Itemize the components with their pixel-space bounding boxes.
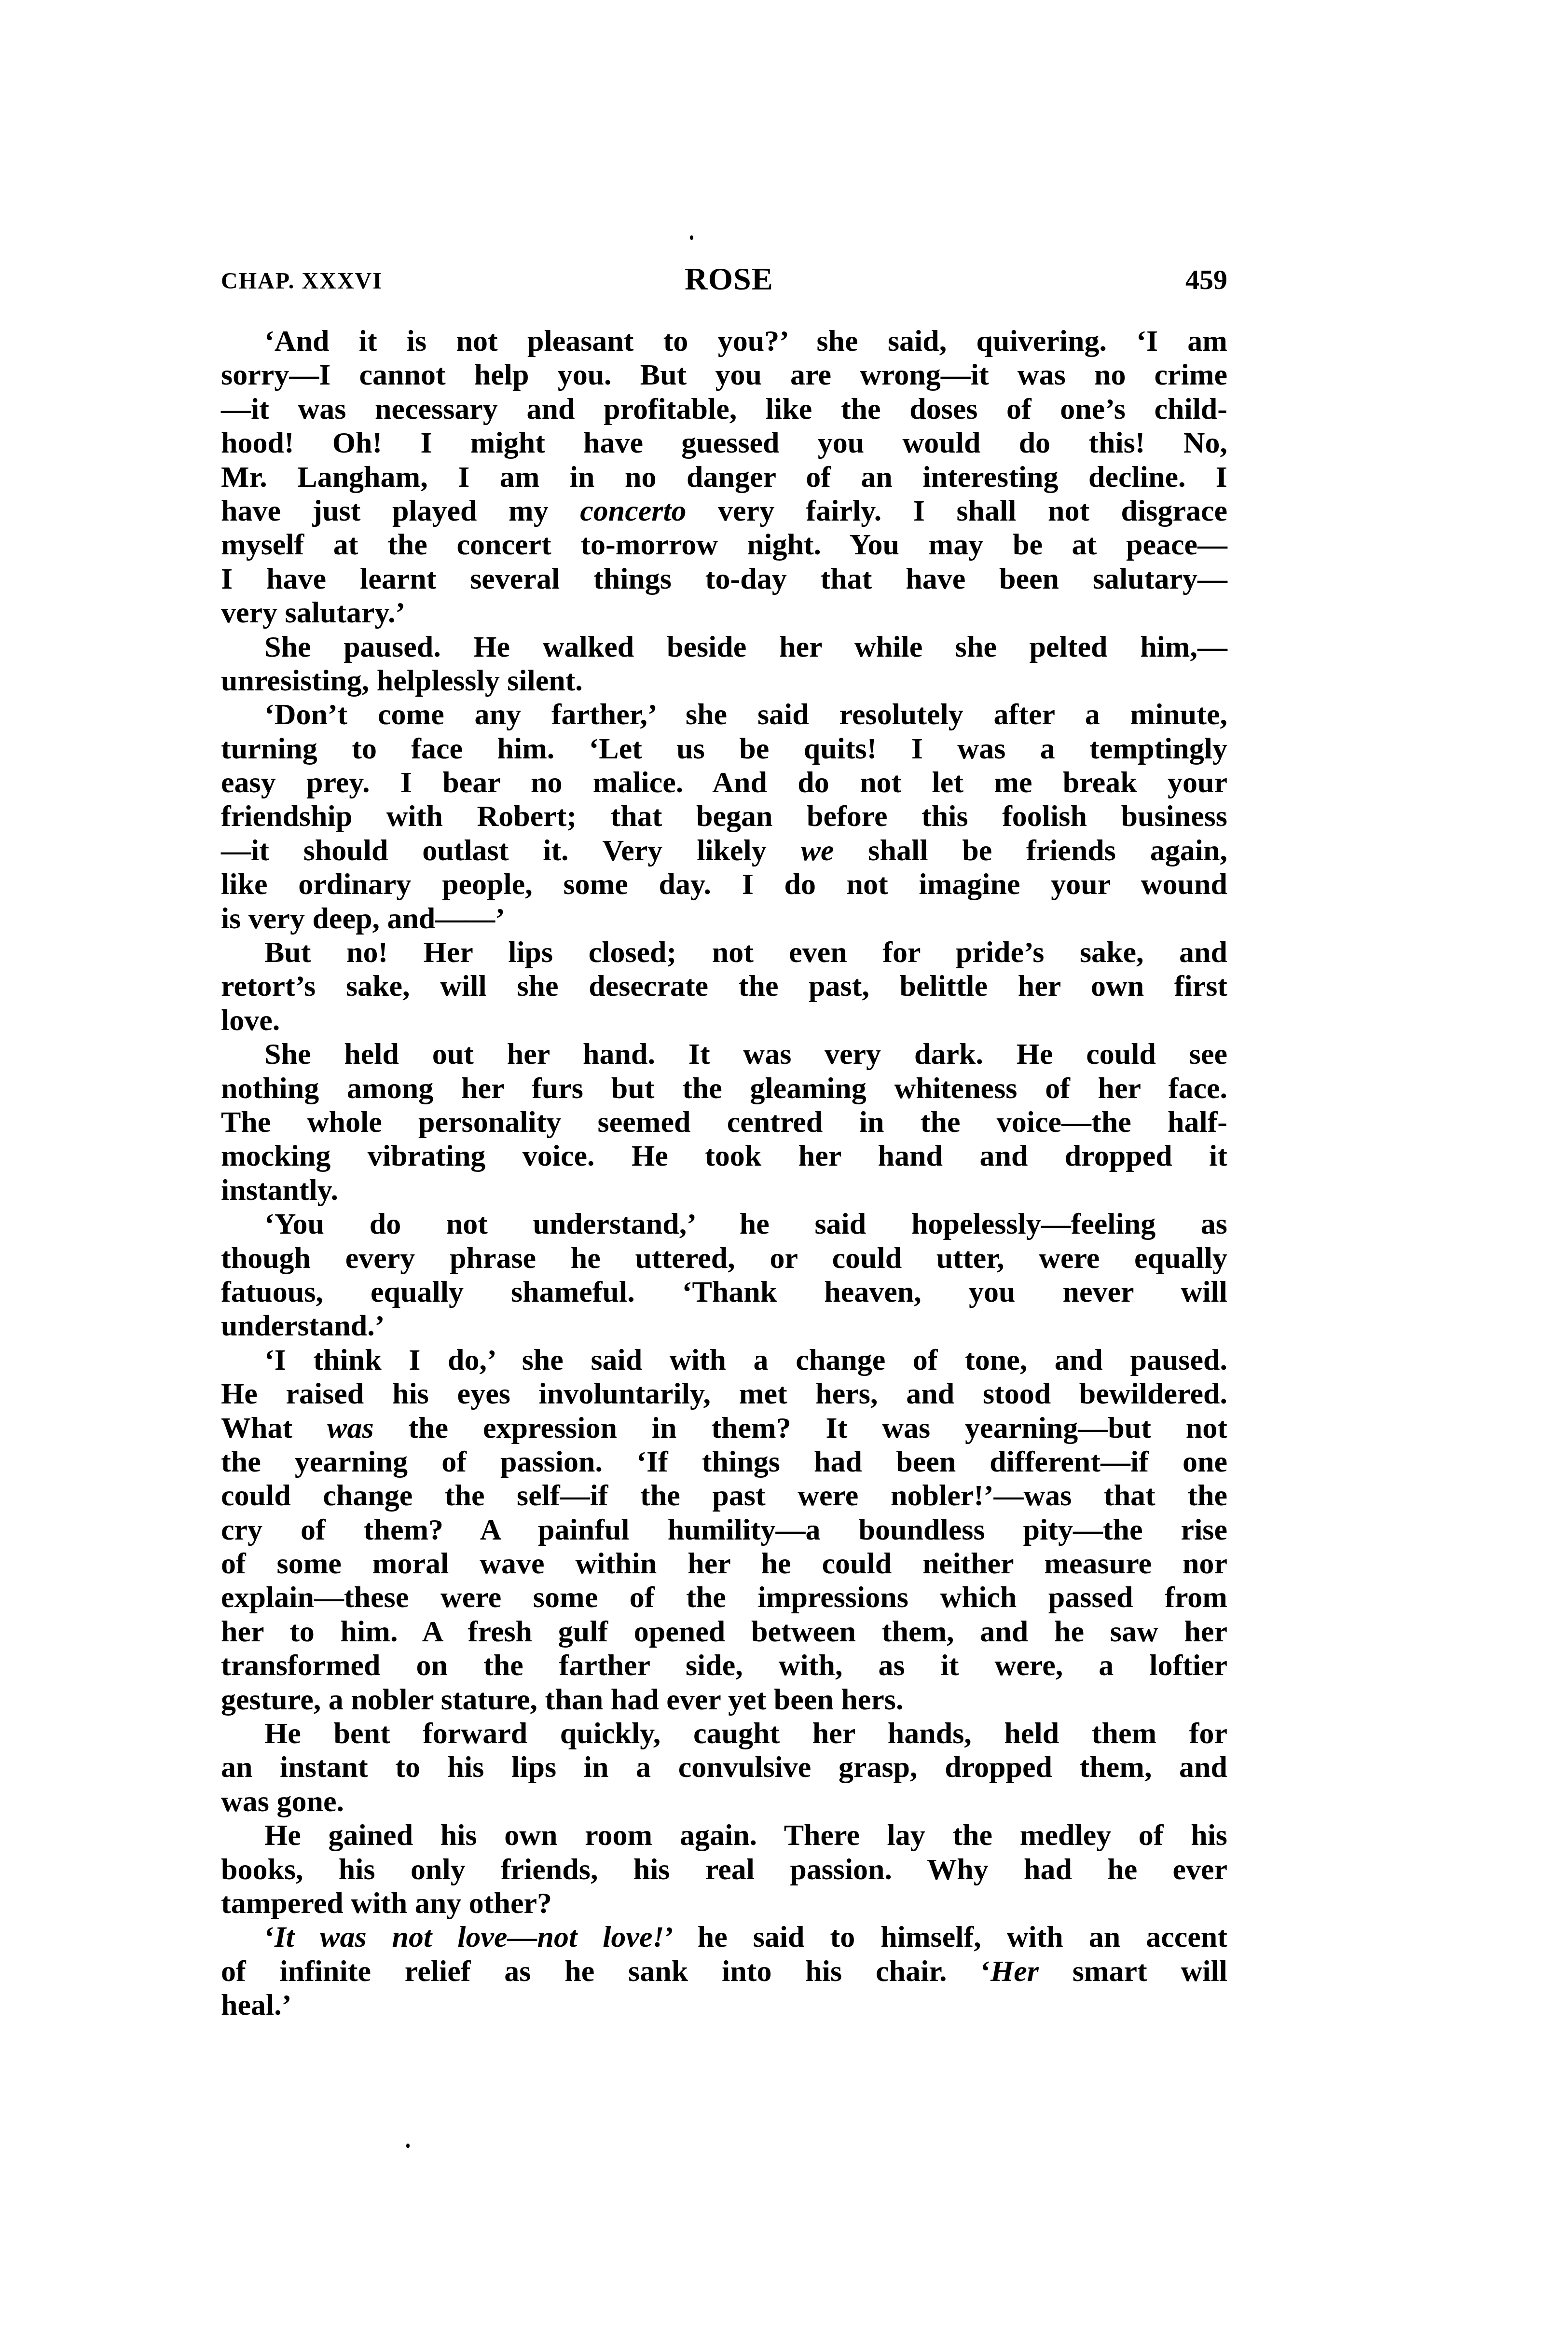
text-line: like ordinary people, some day. I do not…: [221, 867, 1227, 901]
text-segment: ’ he said to himself, with an accent: [664, 1921, 1227, 1953]
text-segment: was gone.: [221, 1785, 344, 1818]
text-segment: instantly.: [221, 1174, 338, 1207]
text-segment: cry of them? A painful humility—a boundl…: [221, 1513, 1227, 1546]
text-segment: She held out her hand. It was very dark.…: [264, 1038, 1227, 1071]
italic-text: concerto: [580, 495, 686, 527]
text-line: transformed on the farther side, with, a…: [221, 1649, 1227, 1682]
text-line: nothing among her furs but the gleaming …: [221, 1072, 1227, 1105]
text-segment: heal.’: [221, 1989, 291, 2022]
text-line: explain—these were some of the impressio…: [221, 1581, 1227, 1614]
text-line: have just played my concerto very fairly…: [221, 494, 1227, 528]
text-segment: She paused. He walked beside her while s…: [264, 631, 1227, 663]
text-line: books, his only friends, his real passio…: [221, 1853, 1227, 1886]
text-line: But no! Her lips closed; not even for pr…: [221, 935, 1227, 969]
text-line: I have learnt several things to-day that…: [221, 562, 1227, 596]
text-line: ‘I think I do,’ she said with a change o…: [221, 1343, 1227, 1377]
text-segment: ‘Don’t come any farther,’ she said resol…: [264, 698, 1227, 731]
text-line: her to him. A fresh gulf opened between …: [221, 1615, 1227, 1649]
text-segment: an instant to his lips in a convulsive g…: [221, 1751, 1227, 1784]
text-line: What was the expression in them? It was …: [221, 1411, 1227, 1445]
text-line: was gone.: [221, 1785, 1227, 1818]
text-segment: What: [221, 1412, 327, 1444]
text-line: very salutary.’: [221, 596, 1227, 630]
text-segment: He gained his own room again. There lay …: [264, 1819, 1227, 1852]
text-segment: very fairly. I shall not disgrace: [687, 495, 1227, 527]
text-segment: Mr. Langham, I am in no danger of an int…: [221, 461, 1227, 494]
text-line: of some moral wave within her he could n…: [221, 1547, 1227, 1581]
text-line: easy prey. I bear no malice. And do not …: [221, 766, 1227, 799]
running-title: ROSE: [685, 264, 773, 294]
text-segment: the expression in them? It was yearning—…: [374, 1412, 1227, 1444]
text-segment: books, his only friends, his real passio…: [221, 1853, 1227, 1886]
text-segment: The whole personality seemed centred in …: [221, 1106, 1227, 1139]
text-line: understand.’: [221, 1309, 1227, 1343]
print-speck-bottom: [406, 2144, 410, 2148]
text-line: is very deep, and——’: [221, 902, 1227, 935]
text-segment: very salutary.’: [221, 596, 405, 629]
text-segment: He bent forward quickly, caught her hand…: [264, 1717, 1227, 1750]
text-segment: easy prey. I bear no malice. And do not …: [221, 766, 1227, 799]
text-line: ‘It was not love—not love!’ he said to h…: [221, 1920, 1227, 1954]
text-segment: ‘I think I do,’ she said with a change o…: [264, 1344, 1227, 1376]
book-page: CHAP. XXXVI ROSE 459 ‘And it is not plea…: [0, 0, 1568, 2352]
text-segment: of some moral wave within her he could n…: [221, 1547, 1227, 1580]
text-segment: nothing among her furs but the gleaming …: [221, 1072, 1227, 1105]
text-segment: sorry—I cannot help you. But you are wro…: [221, 358, 1227, 391]
text-line: retort’s sake, will she desecrate the pa…: [221, 969, 1227, 1003]
text-line: fatuous, equally shameful. ‘Thank heaven…: [221, 1275, 1227, 1309]
text-line: tampered with any other?: [221, 1886, 1227, 1920]
text-line: He gained his own room again. There lay …: [221, 1818, 1227, 1852]
text-line: ‘And it is not pleasant to you?’ she sai…: [221, 324, 1227, 358]
text-segment: the yearning of passion. ‘If things had …: [221, 1445, 1227, 1478]
text-line: an instant to his lips in a convulsive g…: [221, 1750, 1227, 1784]
text-segment: have just played my: [221, 495, 580, 527]
text-line: of infinite relief as he sank into his c…: [221, 1954, 1227, 1988]
text-line: ‘You do not understand,’ he said hopeles…: [221, 1207, 1227, 1241]
text-line: the yearning of passion. ‘If things had …: [221, 1445, 1227, 1479]
text-segment: ‘And it is not pleasant to you?’ she sai…: [264, 325, 1227, 358]
text-line: Mr. Langham, I am in no danger of an int…: [221, 460, 1227, 494]
text-line: love.: [221, 1004, 1227, 1037]
text-segment: her to him. A fresh gulf opened between …: [221, 1615, 1227, 1648]
text-segment: ‘: [264, 1921, 275, 1953]
print-speck-top: [690, 235, 693, 240]
text-segment: He raised his eyes involuntarily, met he…: [221, 1377, 1227, 1410]
text-segment: though every phrase he uttered, or could…: [221, 1242, 1227, 1275]
text-line: turning to face him. ‘Let us be quits! I…: [221, 732, 1227, 766]
text-segment: fatuous, equally shameful. ‘Thank heaven…: [221, 1276, 1227, 1308]
text-segment: shall be friends again,: [834, 834, 1227, 867]
text-segment: mocking vibrating voice. He took her han…: [221, 1140, 1227, 1172]
text-segment: hood! Oh! I might have guessed you would…: [221, 426, 1227, 459]
text-line: unresisting, helplessly silent.: [221, 664, 1227, 698]
italic-text: we: [801, 834, 834, 867]
text-line: gesture, a nobler stature, than had ever…: [221, 1683, 1227, 1717]
italic-text: It was not love—not love!: [275, 1921, 664, 1953]
text-line: She held out her hand. It was very dark.…: [221, 1037, 1227, 1071]
text-line: hood! Oh! I might have guessed you would…: [221, 426, 1227, 460]
text-segment: myself at the concert to-morrow night. Y…: [221, 528, 1227, 561]
text-segment: friendship with Robert; that began befor…: [221, 800, 1227, 833]
italic-text: was: [327, 1412, 373, 1444]
text-segment: smart will: [1039, 1955, 1227, 1988]
text-segment: —it should outlast it. Very likely: [221, 834, 801, 867]
page-number: 459: [1185, 266, 1227, 293]
text-segment: But no! Her lips closed; not even for pr…: [264, 936, 1227, 969]
text-segment: unresisting, helplessly silent.: [221, 664, 583, 697]
text-line: instantly.: [221, 1173, 1227, 1207]
text-segment: gesture, a nobler stature, than had ever…: [221, 1683, 903, 1716]
text-line: He bent forward quickly, caught her hand…: [221, 1717, 1227, 1750]
text-line: —it was necessary and profitable, like t…: [221, 392, 1227, 426]
text-line: sorry—I cannot help you. But you are wro…: [221, 358, 1227, 392]
text-segment: ‘You do not understand,’ he said hopeles…: [264, 1208, 1227, 1240]
text-line: She paused. He walked beside her while s…: [221, 630, 1227, 664]
text-segment: I have learnt several things to-day that…: [221, 563, 1227, 595]
running-head: CHAP. XXXVI ROSE 459: [221, 264, 1227, 293]
text-line: though every phrase he uttered, or could…: [221, 1241, 1227, 1275]
text-segment: could change the self—if the past were n…: [221, 1479, 1227, 1512]
text-line: myself at the concert to-morrow night. Y…: [221, 528, 1227, 562]
text-segment: like ordinary people, some day. I do not…: [221, 868, 1227, 901]
text-segment: of infinite relief as he sank into his c…: [221, 1955, 990, 1988]
italic-text: Her: [990, 1955, 1039, 1988]
text-segment: understand.’: [221, 1309, 385, 1342]
text-line: He raised his eyes involuntarily, met he…: [221, 1377, 1227, 1411]
text-segment: transformed on the farther side, with, a…: [221, 1649, 1227, 1682]
text-segment: retort’s sake, will she desecrate the pa…: [221, 970, 1227, 1003]
text-segment: love.: [221, 1004, 280, 1037]
text-segment: explain—these were some of the impressio…: [221, 1581, 1227, 1614]
text-line: could change the self—if the past were n…: [221, 1479, 1227, 1513]
text-line: friendship with Robert; that began befor…: [221, 799, 1227, 833]
text-segment: —it was necessary and profitable, like t…: [221, 393, 1227, 426]
text-segment: turning to face him. ‘Let us be quits! I…: [221, 732, 1227, 765]
chapter-label: CHAP. XXXVI: [221, 269, 383, 293]
body-text: ‘And it is not pleasant to you?’ she sai…: [221, 324, 1227, 2022]
text-line: The whole personality seemed centred in …: [221, 1105, 1227, 1139]
text-line: heal.’: [221, 1988, 1227, 2022]
text-line: ‘Don’t come any farther,’ she said resol…: [221, 698, 1227, 731]
text-line: cry of them? A painful humility—a boundl…: [221, 1513, 1227, 1547]
text-segment: tampered with any other?: [221, 1887, 552, 1920]
text-line: —it should outlast it. Very likely we sh…: [221, 834, 1227, 867]
text-segment: is very deep, and——’: [221, 902, 505, 935]
text-line: mocking vibrating voice. He took her han…: [221, 1139, 1227, 1173]
